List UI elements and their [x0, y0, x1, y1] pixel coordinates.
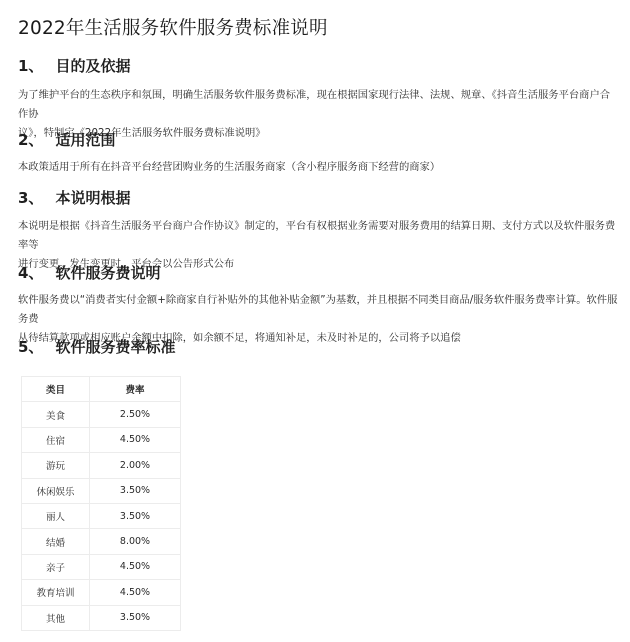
rate-cell: 2.50%	[90, 402, 181, 427]
column-header-category: 类目	[22, 377, 90, 402]
table-row: 其他 3.50%	[22, 605, 181, 630]
paragraph-line: 本政策适用于所有在抖音平台经营团购业务的生活服务商家（含小程序服务商下经营的商家…	[18, 158, 618, 177]
section-title: 适用范围	[55, 131, 115, 149]
rate-cell: 4.50%	[90, 554, 181, 579]
rate-cell: 3.50%	[90, 478, 181, 503]
category-cell: 其他	[22, 605, 90, 630]
category-cell: 休闲娱乐	[22, 478, 90, 503]
table-row: 住宿 4.50%	[22, 427, 181, 452]
section-title: 目的及依据	[55, 57, 130, 75]
category-cell: 丽人	[22, 503, 90, 528]
table-row: 游玩 2.00%	[22, 453, 181, 478]
table-row: 休闲娱乐 3.50%	[22, 478, 181, 503]
section-heading-3: 3、本说明根据	[18, 187, 130, 208]
table-row: 教育培训 4.50%	[22, 580, 181, 605]
section-title: 软件服务费率标准	[55, 338, 175, 356]
section-title: 本说明根据	[55, 189, 130, 207]
table-row: 丽人 3.50%	[22, 503, 181, 528]
rate-cell: 3.50%	[90, 605, 181, 630]
category-cell: 住宿	[22, 427, 90, 452]
page-title: 2022年生活服务软件服务费标准说明	[18, 14, 328, 40]
paragraph-line: 本说明是根据《抖音生活服务平台商户合作协议》制定的，平台有权根据业务需要对服务费…	[18, 217, 618, 255]
paragraph-line: 为了维护平台的生态秩序和氛围，明确生活服务软件服务费标准，现在根据国家现行法律、…	[18, 86, 618, 124]
category-cell: 教育培训	[22, 580, 90, 605]
section-heading-1: 1、目的及依据	[18, 55, 130, 76]
section-heading-5: 5、软件服务费率标准	[18, 336, 175, 357]
table-header-row: 类目 费率	[22, 377, 181, 402]
rate-cell: 4.50%	[90, 427, 181, 452]
column-header-rate: 费率	[90, 377, 181, 402]
section-body-2: 本政策适用于所有在抖音平台经营团购业务的生活服务商家（含小程序服务商下经营的商家…	[18, 158, 618, 177]
section-number: 3、	[18, 189, 43, 207]
table-row: 美食 2.50%	[22, 402, 181, 427]
rate-cell: 2.00%	[90, 453, 181, 478]
rate-cell: 3.50%	[90, 503, 181, 528]
paragraph-line: 软件服务费以“消费者实付金额+除商家自行补贴外的其他补贴金额”为基数，并且根据不…	[18, 291, 618, 329]
rate-cell: 4.50%	[90, 580, 181, 605]
table-row: 结婚 8.00%	[22, 529, 181, 554]
rate-table: 类目 费率 美食 2.50% 住宿 4.50% 游玩 2.00% 休闲娱乐 3.…	[21, 376, 181, 631]
section-heading-2: 2、适用范围	[18, 129, 115, 150]
table-row: 亲子 4.50%	[22, 554, 181, 579]
section-number: 1、	[18, 57, 43, 75]
category-cell: 游玩	[22, 453, 90, 478]
category-cell: 亲子	[22, 554, 90, 579]
category-cell: 结婚	[22, 529, 90, 554]
section-title: 软件服务费说明	[55, 264, 160, 282]
section-number: 4、	[18, 264, 43, 282]
section-number: 2、	[18, 131, 43, 149]
section-number: 5、	[18, 338, 43, 356]
rate-cell: 8.00%	[90, 529, 181, 554]
section-heading-4: 4、软件服务费说明	[18, 262, 160, 283]
category-cell: 美食	[22, 402, 90, 427]
